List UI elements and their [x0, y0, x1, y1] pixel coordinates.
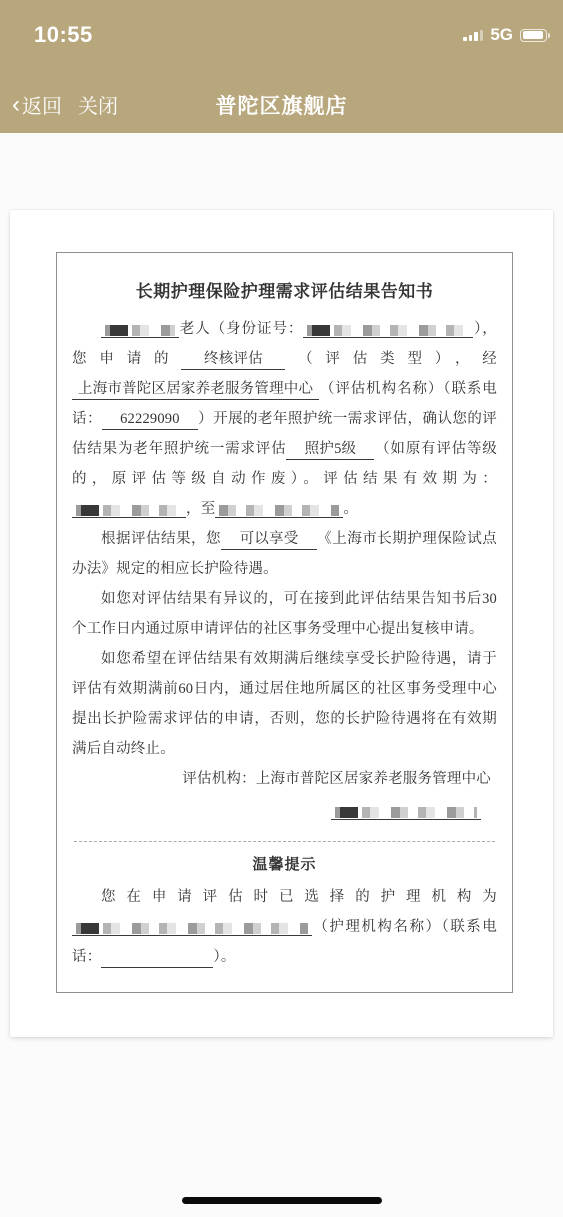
underline-blank: 62229090 — [102, 409, 198, 430]
underline-blank — [101, 947, 213, 968]
network-label: 5G — [490, 25, 513, 45]
doc-paragraph: 根据评估结果，您可以享受《上海市长期护理保险试点办法》规定的相应长护险待遇。 — [72, 524, 497, 584]
doc-text: ）。 — [213, 949, 235, 965]
dashed-separator — [74, 841, 495, 842]
doc-paragraph: 老人（身份证号： ），您申请的终核评估（评估类型），经上海市普陀区居家养老服务管… — [72, 314, 497, 524]
signal-bars-icon — [463, 29, 483, 41]
document-card: 长期护理保险护理需求评估结果告知书 老人（身份证号： ），您申请的终核评估（评估… — [10, 210, 553, 1037]
doc-text: ，至 — [186, 501, 215, 517]
close-button[interactable]: 关闭 — [78, 90, 118, 119]
doc-paragraph: 如您希望在评估结果有效期满后继续享受长护险待遇，请于评估有效期满前60日内，通过… — [72, 644, 497, 764]
back-button[interactable]: ‹ 返回 — [12, 90, 62, 119]
tip-body: 您在申请评估时已选择的护理机构为 （护理机构名称）（联系电话： ）。 — [72, 882, 497, 972]
underline-blank: 终核评估 — [181, 349, 285, 370]
chevron-left-icon: ‹ — [12, 95, 20, 115]
status-icons: 5G — [463, 25, 547, 45]
doc-text: 如您希望在评估结果有效期满后继续享受长护险待遇，请于评估有效期满前60日内，通过… — [72, 651, 497, 757]
document-body: 老人（身份证号： ），您申请的终核评估（评估类型），经上海市普陀区居家养老服务管… — [72, 314, 497, 826]
nav-bar: ‹ 返回 关闭 普陀区旗舰店 — [0, 52, 563, 133]
underline-blank: 上海市普陀区居家养老服务管理中心 — [72, 379, 319, 400]
home-indicator-bar[interactable] — [182, 1197, 382, 1204]
redacted-text — [303, 322, 473, 338]
redacted-text — [215, 502, 343, 518]
redacted-text — [331, 804, 481, 820]
doc-text: 如您对评估结果有异议的，可在接到此评估结果告知书后30个工作日内通过原申请评估的… — [72, 591, 497, 637]
document-box: 长期护理保险护理需求评估结果告知书 老人（身份证号： ），您申请的终核评估（评估… — [56, 252, 513, 993]
doc-text: 评估机构：上海市普陀区居家养老服务管理中心 — [182, 771, 491, 787]
underline-blank: 照护5级 — [286, 439, 374, 460]
doc-paragraph: 评估机构：上海市普陀区居家养老服务管理中心 — [72, 764, 497, 794]
doc-paragraph — [72, 796, 497, 826]
doc-text: 。 — [343, 501, 358, 517]
doc-text: （评估类型），经 — [285, 351, 497, 367]
redacted-text — [72, 502, 186, 518]
doc-text: 老人（身份证号： — [179, 321, 303, 337]
doc-paragraph: 如您对评估结果有异议的，可在接到此评估结果告知书后30个工作日内通过原申请评估的… — [72, 584, 497, 644]
app-header: 10:55 5G ‹ 返回 关闭 普陀区旗舰店 — [0, 0, 563, 133]
redacted-text — [101, 322, 179, 338]
content-area[interactable]: 长期护理保险护理需求评估结果告知书 老人（身份证号： ），您申请的终核评估（评估… — [0, 133, 563, 1217]
status-time: 10:55 — [34, 22, 93, 48]
battery-icon — [520, 29, 547, 42]
doc-paragraph: 您在申请评估时已选择的护理机构为 （护理机构名称）（联系电话： ）。 — [72, 882, 497, 972]
status-bar: 10:55 5G — [0, 0, 563, 52]
screen: 10:55 5G ‹ 返回 关闭 普陀区旗舰店 长期护理保险护理需求评估结果告知… — [0, 0, 563, 1217]
tip-title: 温馨提示 — [72, 853, 497, 874]
underline-blank: 可以享受 — [221, 529, 317, 550]
back-button-label: 返回 — [22, 90, 62, 119]
doc-text: 根据评估结果，您 — [101, 531, 221, 547]
doc-text: 您在申请评估时已选择的护理机构为 — [101, 889, 497, 905]
redacted-text — [72, 920, 312, 936]
document-title: 长期护理保险护理需求评估结果告知书 — [72, 277, 497, 302]
